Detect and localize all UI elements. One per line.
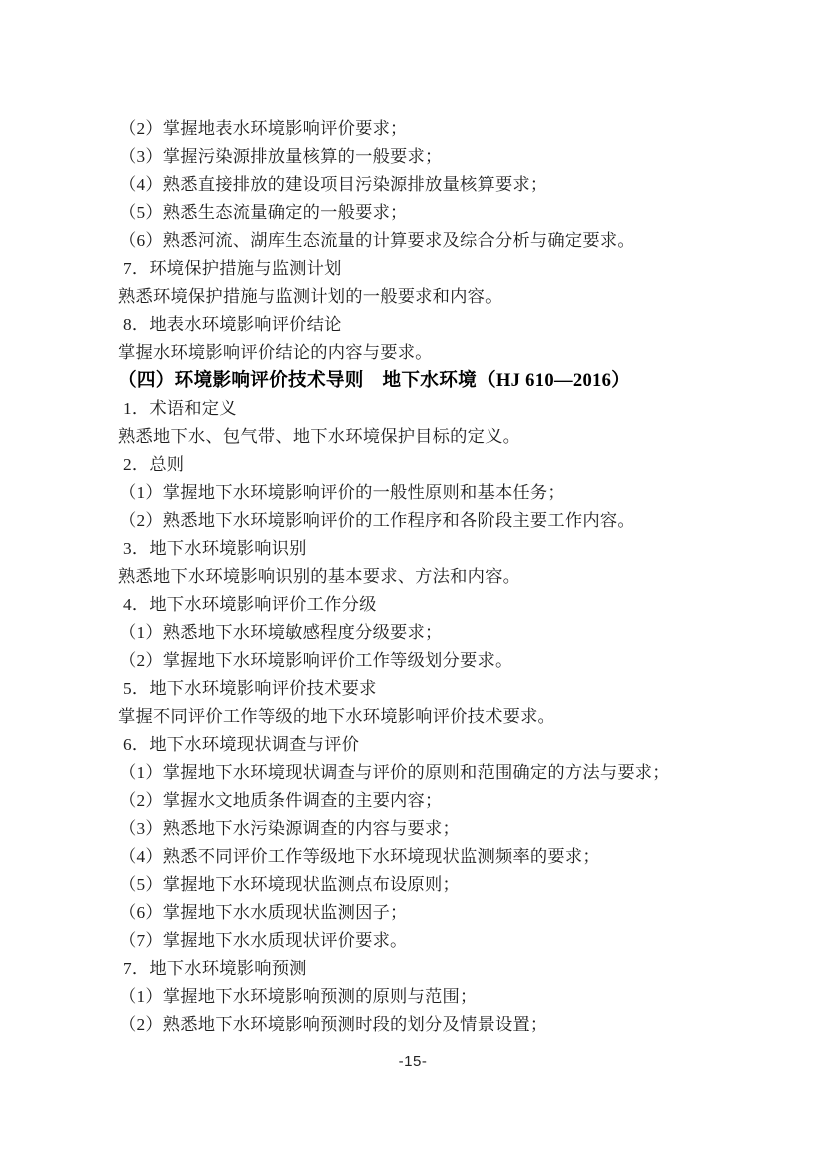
text-line: 熟悉环境保护措施与监测计划的一般要求和内容。 bbox=[118, 283, 798, 311]
text-line: （3）掌握污染源排放量核算的一般要求； bbox=[118, 143, 798, 171]
text-line: （4）熟悉不同评价工作等级地下水环境现状监测频率的要求； bbox=[118, 843, 798, 871]
text-line: 熟悉地下水、包气带、地下水环境保护目标的定义。 bbox=[118, 423, 798, 451]
text-line: 7．环境保护措施与监测计划 bbox=[118, 255, 798, 283]
text-line: 6．地下水环境现状调查与评价 bbox=[118, 731, 798, 759]
page-body-lines: （2）掌握地表水环境影响评价要求；（3）掌握污染源排放量核算的一般要求；（4）熟… bbox=[118, 115, 798, 1039]
document-page: （2）掌握地表水环境影响评价要求；（3）掌握污染源排放量核算的一般要求；（4）熟… bbox=[0, 0, 826, 1169]
text-line: （5）掌握地下水环境现状监测点布设原则； bbox=[118, 871, 798, 899]
text-line: 1．术语和定义 bbox=[118, 395, 798, 423]
section-heading: （四）环境影响评价技术导则 地下水环境（HJ 610—2016） bbox=[118, 367, 798, 395]
text-line: （3）熟悉地下水污染源调查的内容与要求； bbox=[118, 815, 798, 843]
text-line: （6）掌握地下水水质现状监测因子； bbox=[118, 899, 798, 927]
text-line: 5．地下水环境影响评价技术要求 bbox=[118, 675, 798, 703]
text-line: （2）熟悉地下水环境影响评价的工作程序和各阶段主要工作内容。 bbox=[118, 507, 798, 535]
text-line: （2）掌握地表水环境影响评价要求； bbox=[118, 115, 798, 143]
text-line: （4）熟悉直接排放的建设项目污染源排放量核算要求； bbox=[118, 171, 798, 199]
text-line: （7）掌握地下水水质现状评价要求。 bbox=[118, 927, 798, 955]
text-line: （2）熟悉地下水环境影响预测时段的划分及情景设置； bbox=[118, 1011, 798, 1039]
text-line: 7．地下水环境影响预测 bbox=[118, 955, 798, 983]
text-line: 掌握水环境影响评价结论的内容与要求。 bbox=[118, 339, 798, 367]
text-line: 8．地表水环境影响评价结论 bbox=[118, 311, 798, 339]
page-number: -15- bbox=[0, 1053, 826, 1070]
text-line: （1）掌握地下水环境现状调查与评价的原则和范围确定的方法与要求； bbox=[118, 759, 798, 787]
text-line: 4．地下水环境影响评价工作分级 bbox=[118, 591, 798, 619]
text-line: （5）熟悉生态流量确定的一般要求； bbox=[118, 199, 798, 227]
text-line: （2）掌握水文地质条件调查的主要内容； bbox=[118, 787, 798, 815]
text-line: （1）掌握地下水环境影响评价的一般性原则和基本任务； bbox=[118, 479, 798, 507]
text-line: （1）熟悉地下水环境敏感程度分级要求； bbox=[118, 619, 798, 647]
text-line: （2）掌握地下水环境影响评价工作等级划分要求。 bbox=[118, 647, 798, 675]
text-line: （1）掌握地下水环境影响预测的原则与范围； bbox=[118, 983, 798, 1011]
text-line: 2．总则 bbox=[118, 451, 798, 479]
text-line: 3．地下水环境影响识别 bbox=[118, 535, 798, 563]
text-line: 掌握不同评价工作等级的地下水环境影响评价技术要求。 bbox=[118, 703, 798, 731]
text-line: （6）熟悉河流、湖库生态流量的计算要求及综合分析与确定要求。 bbox=[118, 227, 798, 255]
text-line: 熟悉地下水环境影响识别的基本要求、方法和内容。 bbox=[118, 563, 798, 591]
